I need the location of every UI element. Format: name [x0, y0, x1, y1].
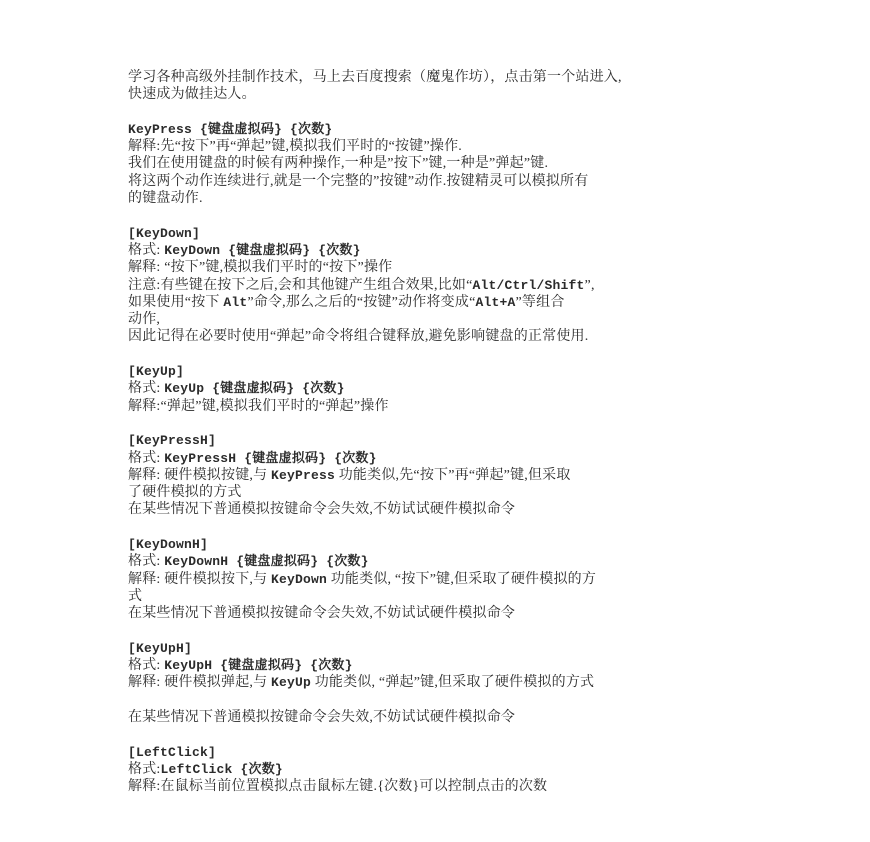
command-text: KeyPressH {键盘虚拟码} {次数}: [164, 451, 376, 466]
body-text: 解释:“弹起”键,模拟我们平时的“弹起”操作: [128, 399, 389, 414]
command-text: [KeyDown]: [128, 226, 200, 241]
text-line: 注意:有些键在按下之后,会和其他键产生组合效果,比如“Alt/Ctrl/Shif…: [128, 277, 750, 294]
body-text: ”,: [585, 278, 595, 293]
text-line: 动作,: [128, 311, 750, 328]
body-text: 在某些情况下普通模拟按键命令会失效,不妨试试硬件模拟命令: [128, 606, 515, 621]
text-line: [KeyUpH]: [128, 640, 750, 657]
body-text: 格式:: [128, 762, 161, 777]
text-line: 解释:在鼠标当前位置模拟点击鼠标左键.{次数}可以控制点击的次数: [128, 778, 750, 795]
text-line: 我们在使用键盘的时候有两种操作,一种是”按下”键,一种是”弹起”键.: [128, 155, 750, 172]
body-text: 功能类似, “按下”键,但采取了硬件模拟的方: [327, 572, 596, 587]
text-line: [KeyUp]: [128, 363, 750, 380]
text-line: 解释:“弹起”键,模拟我们平时的“弹起”操作: [128, 398, 750, 415]
body-text: 功能类似, “弹起”键,但采取了硬件模拟的方式: [311, 675, 594, 690]
body-text: 格式:: [128, 451, 164, 466]
text-line: [KeyDown]: [128, 225, 750, 242]
text-line: KeyPress {键盘虚拟码} {次数}: [128, 121, 750, 138]
command-text: KeyDown: [271, 572, 327, 587]
body-text: 解释: “按下”键,模拟我们平时的“按下”操作: [128, 260, 392, 275]
text-line: 格式: KeyPressH {键盘虚拟码} {次数}: [128, 450, 750, 467]
body-text: 解释:先“按下”再“弹起”键,模拟我们平时的“按键”操作.: [128, 139, 462, 154]
body-text: 格式:: [128, 381, 164, 396]
document-page: 学习各种高级外挂制作技术，马上去百度搜索（魔鬼作坊），点击第一个站进入,快速成为…: [0, 0, 870, 842]
body-text: 式: [128, 589, 142, 604]
text-line: [KeyDownH]: [128, 536, 750, 553]
text-line: [LeftClick]: [128, 744, 750, 761]
body-text: 动作,: [128, 312, 160, 327]
text-line: 在某些情况下普通模拟按键命令会失效,不妨试试硬件模拟命令: [128, 605, 750, 622]
body-text: 解释: 硬件模拟按下,与: [128, 572, 271, 587]
body-text: 解释:在鼠标当前位置模拟点击鼠标左键.{次数}可以控制点击的次数: [128, 779, 547, 794]
command-text: Alt/Ctrl/Shift: [473, 278, 585, 293]
text-line: 格式: KeyDown {键盘虚拟码} {次数}: [128, 242, 750, 259]
blank-line: [128, 623, 750, 640]
command-text: [KeyUpH]: [128, 641, 192, 656]
command-text: KeyUpH {键盘虚拟码} {次数}: [164, 658, 352, 673]
body-text: 功能类似,先“按下”再“弹起”键,但采取: [335, 468, 571, 483]
body-text: 解释: 硬件模拟弹起,与: [128, 675, 271, 690]
text-line: 式: [128, 588, 750, 605]
text-line: 解释: 硬件模拟按下,与 KeyDown 功能类似, “按下”键,但采取了硬件模…: [128, 571, 750, 588]
text-line: 学习各种高级外挂制作技术，马上去百度搜索（魔鬼作坊），点击第一个站进入,: [128, 69, 750, 86]
body-text: 将这两个动作连续进行,就是一个完整的”按键”动作.按键精灵可以模拟所有: [128, 174, 588, 189]
text-line: 解释: “按下”键,模拟我们平时的“按下”操作: [128, 259, 750, 276]
text-line: 格式: KeyDownH {键盘虚拟码} {次数}: [128, 553, 750, 570]
text-line: 格式:LeftClick {次数}: [128, 761, 750, 778]
blank-line: [128, 346, 750, 363]
command-text: Alt+A: [476, 295, 516, 310]
text-line: 在某些情况下普通模拟按键命令会失效,不妨试试硬件模拟命令: [128, 501, 750, 518]
body-text: 了硬件模拟的方式: [128, 485, 242, 500]
text-line: 在某些情况下普通模拟按键命令会失效,不妨试试硬件模拟命令: [128, 709, 750, 726]
command-text: KeyPress: [271, 468, 335, 483]
text-line: 将这两个动作连续进行,就是一个完整的”按键”动作.按键精灵可以模拟所有: [128, 173, 750, 190]
text-line: 如果使用“按下 Alt”命令,那么之后的“按键”动作将变成“Alt+A”等组合: [128, 294, 750, 311]
body-text: 解释: 硬件模拟按键,与: [128, 468, 271, 483]
blank-line: [128, 415, 750, 432]
text-line: 格式: KeyUp {键盘虚拟码} {次数}: [128, 380, 750, 397]
text-line: 的键盘动作.: [128, 190, 750, 207]
command-text: [KeyPressH]: [128, 433, 216, 448]
command-text: KeyUp {键盘虚拟码} {次数}: [164, 381, 344, 396]
text-line: 快速成为做挂达人。: [128, 86, 750, 103]
command-text: [KeyUp]: [128, 364, 184, 379]
command-text: [KeyDownH]: [128, 537, 208, 552]
body-text: 如果使用“按下: [128, 295, 223, 310]
body-text: ”命令,那么之后的“按键”动作将变成“: [247, 295, 475, 310]
text-line: 了硬件模拟的方式: [128, 484, 750, 501]
command-text: KeyDownH {键盘虚拟码} {次数}: [164, 554, 368, 569]
body-text: ”等组合: [516, 295, 565, 310]
body-text: 在某些情况下普通模拟按键命令会失效,不妨试试硬件模拟命令: [128, 710, 515, 725]
body-text: 学习各种高级外挂制作技术，马上去百度搜索（魔鬼作坊），点击第一个站进入,: [128, 70, 622, 85]
command-text: [LeftClick]: [128, 745, 216, 760]
text-line: 解释:先“按下”再“弹起”键,模拟我们平时的“按键”操作.: [128, 138, 750, 155]
blank-line: [128, 726, 750, 743]
command-text: KeyUp: [271, 675, 311, 690]
body-text: 格式:: [128, 243, 164, 258]
body-text: 格式:: [128, 658, 164, 673]
body-text: 因此记得在必要时使用“弹起”命令将组合键释放,避免影响键盘的正常使用.: [128, 329, 588, 344]
text-line: [KeyPressH]: [128, 432, 750, 449]
command-text: KeyPress {键盘虚拟码} {次数}: [128, 122, 332, 137]
body-text: 快速成为做挂达人。: [128, 87, 256, 102]
document-body: 学习各种高级外挂制作技术，马上去百度搜索（魔鬼作坊），点击第一个站进入,快速成为…: [128, 69, 750, 795]
blank-line: [128, 104, 750, 121]
command-text: Alt: [223, 295, 247, 310]
body-text: 注意:有些键在按下之后,会和其他键产生组合效果,比如“: [128, 278, 473, 293]
blank-line: [128, 207, 750, 224]
text-line: 格式: KeyUpH {键盘虚拟码} {次数}: [128, 657, 750, 674]
text-line: 解释: 硬件模拟弹起,与 KeyUp 功能类似, “弹起”键,但采取了硬件模拟的…: [128, 674, 750, 691]
blank-line: [128, 519, 750, 536]
body-text: 的键盘动作.: [128, 191, 203, 206]
command-text: LeftClick {次数}: [161, 762, 283, 777]
text-line: 因此记得在必要时使用“弹起”命令将组合键释放,避免影响键盘的正常使用.: [128, 328, 750, 345]
body-text: 在某些情况下普通模拟按键命令会失效,不妨试试硬件模拟命令: [128, 502, 515, 517]
body-text: 格式:: [128, 554, 164, 569]
command-text: KeyDown {键盘虚拟码} {次数}: [164, 243, 360, 258]
body-text: 我们在使用键盘的时候有两种操作,一种是”按下”键,一种是”弹起”键.: [128, 156, 548, 171]
text-line: 解释: 硬件模拟按键,与 KeyPress 功能类似,先“按下”再“弹起”键,但…: [128, 467, 750, 484]
blank-line: [128, 692, 750, 709]
